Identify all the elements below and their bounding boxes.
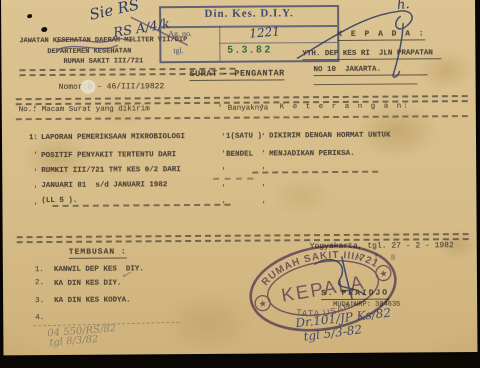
signature-flourish-tail	[393, 24, 404, 78]
scanned-document-photo: { "colors": { "paper": "#d9c08f", "typew…	[0, 0, 480, 368]
signature-over-stamp-stroke	[342, 257, 352, 299]
ink-stroke	[131, 17, 187, 45]
crossout-scribble	[59, 46, 117, 49]
paper-sheet: JAWATAN KESEHATAN DAERAH MILITER VII/DIP…	[1, 0, 477, 355]
ink-flourishes	[1, 0, 477, 355]
signature-over-stamp	[315, 259, 365, 295]
signature-flourish-stroke	[297, 11, 412, 58]
crossout-scribble	[57, 38, 132, 42]
